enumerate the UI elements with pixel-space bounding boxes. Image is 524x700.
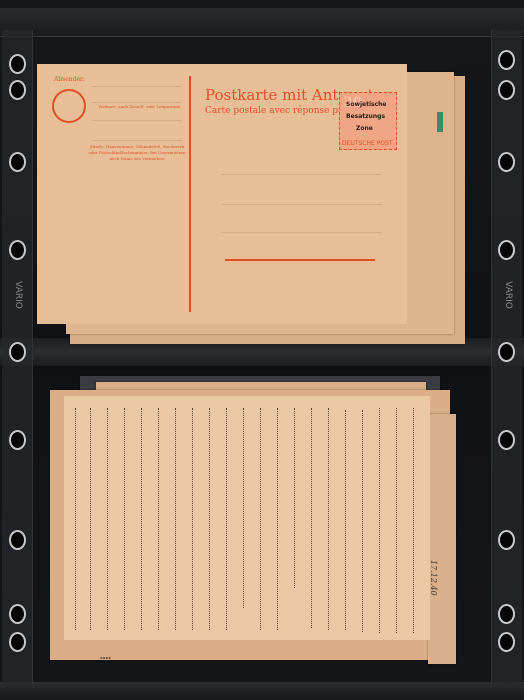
- rail-brand-right: VARIO: [503, 281, 513, 309]
- address-line: [92, 120, 182, 121]
- handwriting: [64, 396, 430, 640]
- address-line: [92, 102, 182, 103]
- street-hint: Straße, Hausnummer, Gebäudeteil, Stockwe…: [87, 144, 187, 162]
- binder-hole: [498, 430, 515, 450]
- binder-hole: [498, 152, 515, 172]
- postmark-circle: [52, 89, 86, 123]
- binder-hole: [498, 240, 515, 260]
- binder-hole: [498, 530, 515, 550]
- postcard-top: Absender: Wohnort, auch Zustell- oder Le…: [37, 64, 407, 324]
- stamp-overprint: Sowjetische: [346, 101, 387, 108]
- binder-hole: [498, 80, 515, 100]
- green-stamp-edge: [437, 112, 443, 132]
- binder-hole: [9, 152, 26, 172]
- binder-hole: [498, 604, 515, 624]
- binder-hole: [9, 54, 26, 74]
- stamp-overprint: Besatzungs: [346, 113, 385, 120]
- side-date: 17.12.40: [429, 560, 438, 596]
- card-subtitle: Carte postale avec réponse payée: [205, 106, 359, 116]
- recipient-line: [222, 204, 382, 205]
- sleeve-bottom-strip: [0, 682, 524, 700]
- binder-hole: [498, 50, 515, 70]
- recipient-line: [222, 232, 382, 233]
- binder-hole: [9, 342, 26, 362]
- background-card: [428, 414, 456, 664]
- binder-hole: [9, 80, 26, 100]
- card-print-code: ▪▪▪▪: [100, 655, 111, 660]
- rail-brand-left: VARIO: [13, 281, 23, 309]
- binder-hole: [498, 342, 515, 362]
- binder-hole: [9, 430, 26, 450]
- binder-hole: [9, 240, 26, 260]
- binder-hole: [9, 604, 26, 624]
- postcard-handwritten: [64, 396, 430, 640]
- stamp-country: DEUTSCHE POST: [342, 140, 393, 147]
- binder-hole: [498, 632, 515, 652]
- postage-stamp: 30 Sowjetische Besatzungs Zone DEUTSCHE …: [339, 92, 397, 150]
- address-line: [92, 86, 182, 87]
- sender-label: Absender:: [54, 76, 85, 83]
- recipient-underline: [225, 259, 375, 261]
- sleeve-top-strip: [0, 8, 524, 37]
- stamp-overprint: Zone: [356, 125, 373, 132]
- card-divider: [189, 76, 191, 312]
- address-line: [92, 140, 182, 141]
- address-hint: Wohnort, auch Zustell- oder Leitpostamt: [92, 104, 187, 110]
- binder-hole: [9, 530, 26, 550]
- recipient-line: [222, 174, 382, 175]
- binder-hole: [9, 632, 26, 652]
